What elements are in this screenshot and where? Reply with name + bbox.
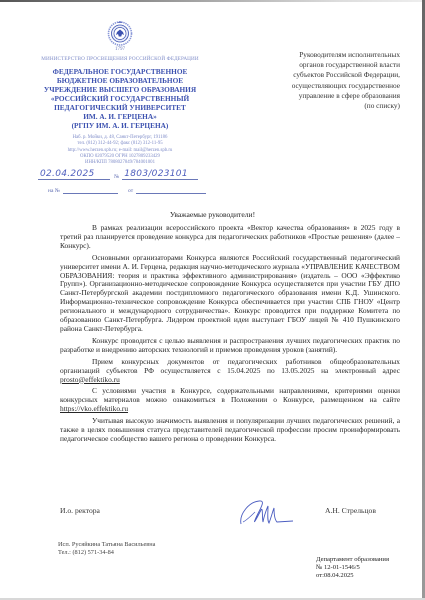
paragraph-submission: Прием конкурсных документов от педагогич… (60, 358, 400, 385)
scan-edge-top (0, 0, 425, 2)
founded-year: 1797 (30, 47, 210, 52)
stamp-department: Департамент образования (316, 556, 389, 564)
org-line: «РОССИЙСКИЙ ГОСУДАРСТВЕННЫЙ (30, 94, 210, 103)
stamp-date: от:08.04.2025 (316, 572, 389, 580)
org-line: УЧРЕЖДЕНИЕ ВЫСШЕГО ОБРАЗОВАНИЯ (30, 85, 210, 94)
outgoing-number-field: 1803/023101 (122, 168, 198, 180)
paragraph-goal: Конкурс проводится с целью выявления и р… (60, 337, 400, 355)
signatory-role: И.о. ректора (60, 506, 100, 515)
university-emblem-icon (107, 20, 133, 46)
outgoing-number: 1803/023101 (124, 169, 188, 179)
reference-number-label: на № (48, 188, 60, 194)
addressee-line: (по списку) (262, 101, 400, 111)
contest-email-link[interactable]: prosto@effektiko.ru (60, 375, 120, 384)
inn-kpp-line: ИНН/КПП 7808027849/784001001 (30, 160, 210, 166)
contest-website-link[interactable]: https://vko.effektiko.ru (60, 404, 128, 413)
reference-number-field (63, 182, 118, 194)
executor-phone: Тел.: (812) 571-34-84 (58, 549, 155, 557)
addressee-block: Руководителям исполнительных органов гос… (262, 50, 400, 111)
org-line: БЮДЖЕТНОЕ ОБРАЗОВАТЕЛЬНОЕ (30, 76, 210, 85)
reference-date-label: от (128, 188, 133, 194)
submission-text: Прием конкурсных документов от педагогич… (60, 357, 400, 375)
letterhead: 1797 МИНИСТЕРСТВО ПРОСВЕЩЕНИЯ РОССИЙСКОЙ… (30, 20, 210, 166)
organization-address: Наб. р. Мойки, д. 48, Санкт-Петербург, 1… (30, 135, 210, 166)
org-line: (РГПУ ИМ. А. И. ГЕРЦЕНА) (30, 121, 210, 130)
signatory-name: А.Н. Стрельцов (325, 506, 376, 515)
stamp-number: № 12-01-1546/5 (316, 564, 389, 572)
org-line: ПЕДАГОГИЧЕСКИЙ УНИВЕРСИТЕТ (30, 103, 210, 112)
org-line: ФЕДЕРАЛЬНОЕ ГОСУДАРСТВЕННОЕ (30, 67, 210, 76)
handwritten-signature-icon (237, 496, 297, 531)
incoming-registration-stamp: Департамент образования № 12-01-1546/5 о… (316, 556, 389, 581)
conditions-text: С условиями участия в Конкурсе, содержат… (60, 386, 400, 404)
number-label: № (114, 174, 119, 180)
executor-name: Исп. Русяйкина Татьяна Васильевна (58, 541, 155, 549)
addressee-line: управление в сфере образования (262, 91, 400, 101)
addressee-line: субъектов Российской Федерации, (262, 70, 400, 80)
registration-block: 02.04.2025 № 1803/023101 на № от (38, 168, 208, 194)
organization-name: ФЕДЕРАЛЬНОЕ ГОСУДАРСТВЕННОЕ БЮДЖЕТНОЕ ОБ… (30, 67, 210, 130)
paragraph-organizers: Основными организаторами Конкурса являют… (60, 254, 400, 334)
paragraph-project: В рамках реализации всероссийского проек… (60, 224, 400, 251)
addressee-line: Руководителям исполнительных (262, 50, 400, 60)
outgoing-date-field: 02.04.2025 (38, 168, 110, 180)
letter-body: В рамках реализации всероссийского проек… (60, 224, 400, 447)
paragraph-conditions: С условиями участия в Конкурсе, содержат… (60, 387, 400, 414)
addressee-line: осуществляющих государственное (262, 81, 400, 91)
ministry-name: МИНИСТЕРСТВО ПРОСВЕЩЕНИЯ РОССИЙСКОЙ ФЕДЕ… (30, 56, 210, 62)
outgoing-date: 02.04.2025 (40, 169, 95, 179)
executor-block: Исп. Русяйкина Татьяна Васильевна Тел.: … (58, 541, 155, 558)
reference-date-field (136, 182, 206, 194)
salutation: Уважаемые руководители! (0, 210, 425, 219)
paragraph-request: Учитывая высокую значимость выявления и … (60, 417, 400, 444)
org-line: ИМ. А. И. ГЕРЦЕНА» (30, 112, 210, 121)
addressee-line: органов государственной власти (262, 60, 400, 70)
